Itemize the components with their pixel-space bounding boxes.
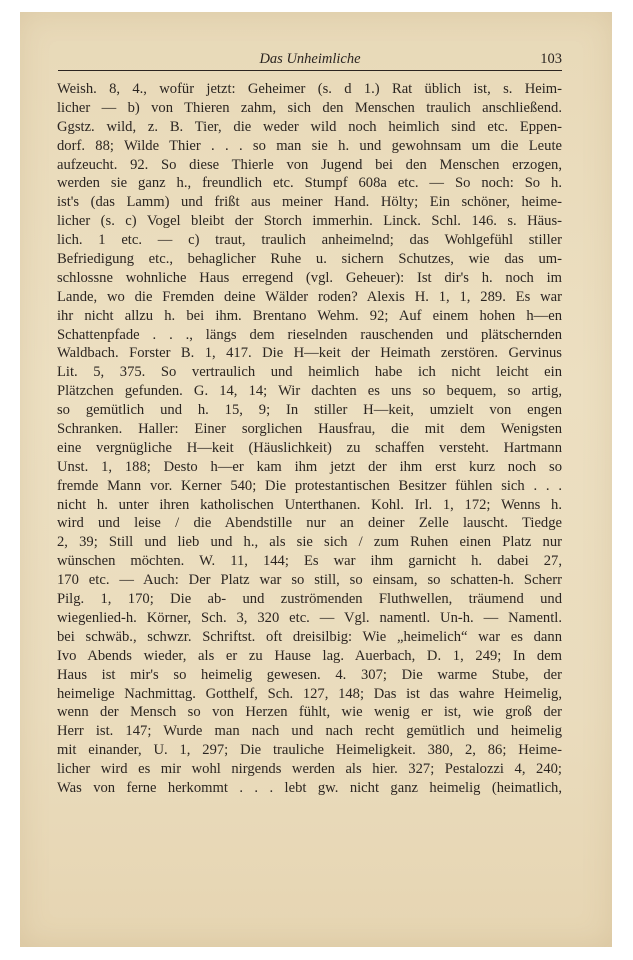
text-line: 2, 39; Still und lieb und h., als sie si…	[57, 533, 562, 552]
text-line: dorf. 88; Wilde Thier . . . so man sie h…	[57, 137, 562, 156]
text-line: licher wird es mir wohl nirgends werden …	[57, 760, 562, 779]
text-line: Schranken. Haller: Einer sorglichen Haus…	[57, 420, 562, 439]
text-line: heimelige Nachmittag. Gotthelf, Sch. 127…	[57, 685, 562, 704]
body-text: Weish. 8, 4., wofür jetzt: Geheimer (s. …	[57, 80, 562, 798]
text-line: Pilg. 1, 170; Die ab- und zuströmenden F…	[57, 590, 562, 609]
text-line: wiegenlied-h. Körner, Sch. 3, 320 etc. —…	[57, 609, 562, 628]
text-line: aufzeucht. 92. So diese Thierle von Juge…	[57, 156, 562, 175]
text-line: licher — b) von Thieren zahm, sich den M…	[57, 99, 562, 118]
text-line: Schattenpfade . . ., längs dem rieselnde…	[57, 326, 562, 345]
text-line: Was von ferne herkommt . . . lebt gw. ni…	[57, 779, 562, 798]
text-line: Befriedigung etc., behaglicher Ruhe u. s…	[57, 250, 562, 269]
text-line: Haus ist mir's so heimelig gewesen. 4. 3…	[57, 666, 562, 685]
text-line: ist's (das Lamm) und frißt aus meiner Ha…	[57, 193, 562, 212]
text-line: wenn der Mensch so von Herzen fühlt, wie…	[57, 703, 562, 722]
text-line: Unst. 1, 188; Desto h—er kam ihm jetzt d…	[57, 458, 562, 477]
text-line: ihr nicht allzu h. bei ihm. Brentano Weh…	[57, 307, 562, 326]
text-line: mit einander, U. 1, 297; Die trauliche H…	[57, 741, 562, 760]
text-line: Waldbach. Forster B. 1, 417. Die H—keit …	[57, 344, 562, 363]
text-line: lich. 1 etc. — c) traut, traulich anheim…	[57, 231, 562, 250]
text-line: so gemütlich und h. 15, 9; In stiller H—…	[57, 401, 562, 420]
text-line: Weish. 8, 4., wofür jetzt: Geheimer (s. …	[57, 80, 562, 99]
text-line: Herr ist. 147; Wurde man nach und nach r…	[57, 722, 562, 741]
text-line: wünschen möchten. W. 11, 144; Es war ihm…	[57, 552, 562, 571]
text-line: Ggstz. wild, z. B. Tier, die weder wild …	[57, 118, 562, 137]
text-line: werden sie ganz h., freundlich etc. Stum…	[57, 174, 562, 193]
text-line: bei schwäb., schwzr. Schriftst. oft drei…	[57, 628, 562, 647]
text-line: Ivo Abends wieder, als er zu Hause lag. …	[57, 647, 562, 666]
book-page: Das Unheimliche 103 Weish. 8, 4., wofür …	[20, 12, 612, 947]
running-title: Das Unheimliche	[58, 51, 562, 68]
text-line: licher (s. c) Vogel bleibt der Storch im…	[57, 212, 562, 231]
text-line: Lande, wo die Fremden deine Wälder roden…	[57, 288, 562, 307]
text-line: wird und leise / die Abendstille nur an …	[57, 514, 562, 533]
text-line: eine vergnügliche H—keit (Häuslichkeit) …	[57, 439, 562, 458]
text-line: fremde Mann vor. Kerner 540; Die protest…	[57, 477, 562, 496]
page-number: 103	[540, 51, 562, 68]
text-line: Lit. 5, 375. So vertraulich und heimlich…	[57, 363, 562, 382]
text-line: 170 etc. — Auch: Der Platz war so still,…	[57, 571, 562, 590]
text-line: schlossne wohnliche Haus erregend (vgl. …	[57, 269, 562, 288]
text-line: nicht h. unter ihren katholischen Untert…	[57, 496, 562, 515]
text-line: Plätzchen gefunden. G. 14, 14; Wir dacht…	[57, 382, 562, 401]
page-header: Das Unheimliche 103	[58, 48, 562, 71]
